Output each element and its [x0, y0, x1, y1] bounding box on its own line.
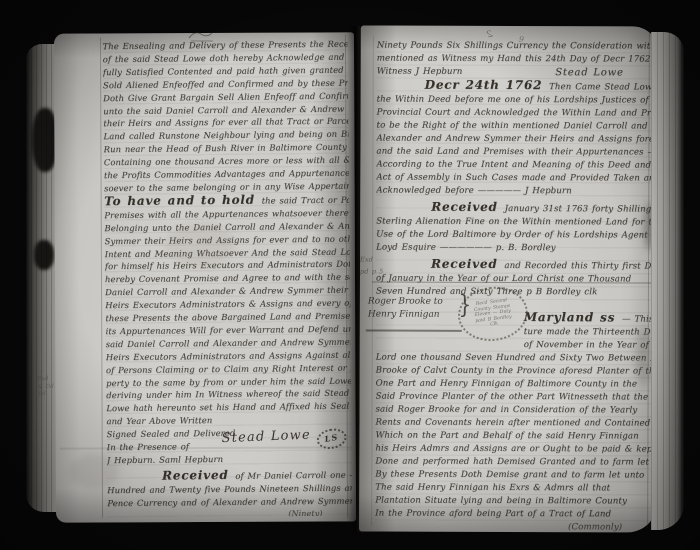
sidehead-party-from: Roger Brooke to [368, 296, 443, 309]
manuscript-line: Loyd Esquire —————— p. B. Bordley [376, 242, 653, 256]
manuscript-line: One Part and Henry Finnigan of Baltimore… [376, 378, 653, 392]
signature-name: Stead Lowe [221, 428, 311, 446]
manuscript-line: his Heirs Admrs and Assigns are or Ought… [375, 443, 652, 457]
manuscript-line: Provincial Court and Acknowledged the Wi… [377, 107, 654, 121]
manuscript-line: Decr 24th 1762 Then Came Stead Lowe Part… [425, 79, 654, 95]
page-ink-mark: 2 [486, 29, 494, 40]
manuscript-line: Lord one thousand Seven Hundred and Sixt… [376, 352, 653, 366]
manuscript-line: fol. [38, 391, 54, 399]
manuscript-line: J Hepburn. Saml Hepburn [107, 452, 352, 467]
manuscript-line: Received and Recorded this Thirty first … [431, 258, 653, 274]
manuscript-line: Clk [490, 322, 498, 328]
manuscript-line: Done and performed hath Demised Granted … [375, 456, 652, 470]
manuscript-line: Received January 31st 1763 forty Shillin… [431, 201, 653, 217]
manuscript-line: Plantation Situate lying and being in Ba… [375, 495, 652, 509]
manuscript-line: of November in the Year of our [524, 339, 653, 352]
manuscript-line: Rents and Covenants herein after mention… [375, 417, 652, 431]
manuscript-line: Use of the Lord Baltimore by Order of hi… [376, 229, 653, 243]
manuscript-line: ture made the Thirteenth Day [524, 326, 653, 339]
manuscript-line: By these Presents Doth Demise grant and … [375, 469, 652, 483]
manuscript-line: Acknowledged before ————— J Hepburn [376, 185, 653, 199]
manuscript-line: (Commonly) [375, 521, 652, 533]
manuscript-line: Brooke of Calvt County in the Province a… [376, 365, 653, 379]
right-page-edges [651, 32, 684, 530]
manuscript-line: Maryland ss — This Inden- [524, 311, 653, 326]
manuscript-line: said Roger Brooke for and in Considerati… [376, 404, 653, 418]
manuscript-line: Alexander and Andrew Symmer their Heirs … [376, 133, 653, 147]
manuscript-line: In the Province aford being Part of a Tr… [375, 508, 652, 522]
signature-stead-lowe: Stead LoweLS [221, 426, 347, 453]
sidehead-party-to: Henry Finnigan [368, 308, 443, 321]
manuscript-line: Said Province Planter of the other Part … [376, 391, 653, 405]
clerk-margin-note: Exd& Ddfol. [37, 376, 54, 399]
binding-shadow [34, 240, 54, 270]
manuscript-line: (Ninety) [107, 507, 352, 518]
manuscript-line: According to the True Intent and Meaning… [376, 159, 653, 173]
manuscript-line: Act of Assembly in Such Cases made and P… [376, 172, 653, 186]
sidehead-parties: Roger Brooke to Henry Finnigan [368, 296, 443, 321]
right-page: 2 9 Ninety Pounds Six Shillings Currency… [359, 25, 659, 532]
manuscript-line: The said Henry Finnigan his Exrs & Admrs… [375, 482, 652, 496]
manuscript-line: the Within Deed before me one of his Lor… [377, 94, 654, 108]
manuscript-line: mentioned as Witness my Hand this 24th D… [377, 53, 654, 67]
paper-stain [165, 223, 235, 267]
manuscript-line: Ninety Pounds Six Shillings Currency the… [377, 40, 654, 54]
microfilm-frame: The Ensealing and Delivery of these Pres… [0, 0, 700, 550]
right-page-text: Ninety Pounds Six Shillings Currency the… [375, 40, 654, 533]
manuscript-line: to be the Right of the within mentioned … [377, 120, 654, 134]
manuscript-line: of January in the Year of our Lord Chris… [376, 273, 653, 287]
manuscript-line: Sterling Alienation Fine on the Within m… [376, 216, 653, 230]
manuscript-line: and the said Land and Premises with thei… [376, 146, 653, 160]
margin-rule [371, 36, 374, 526]
sidehead-underline [366, 330, 462, 332]
manuscript-line: Which on the Part and Behalf of the said… [375, 430, 652, 444]
left-page: The Ensealing and Delivery of these Pres… [54, 32, 356, 522]
paper-stain [70, 453, 120, 489]
